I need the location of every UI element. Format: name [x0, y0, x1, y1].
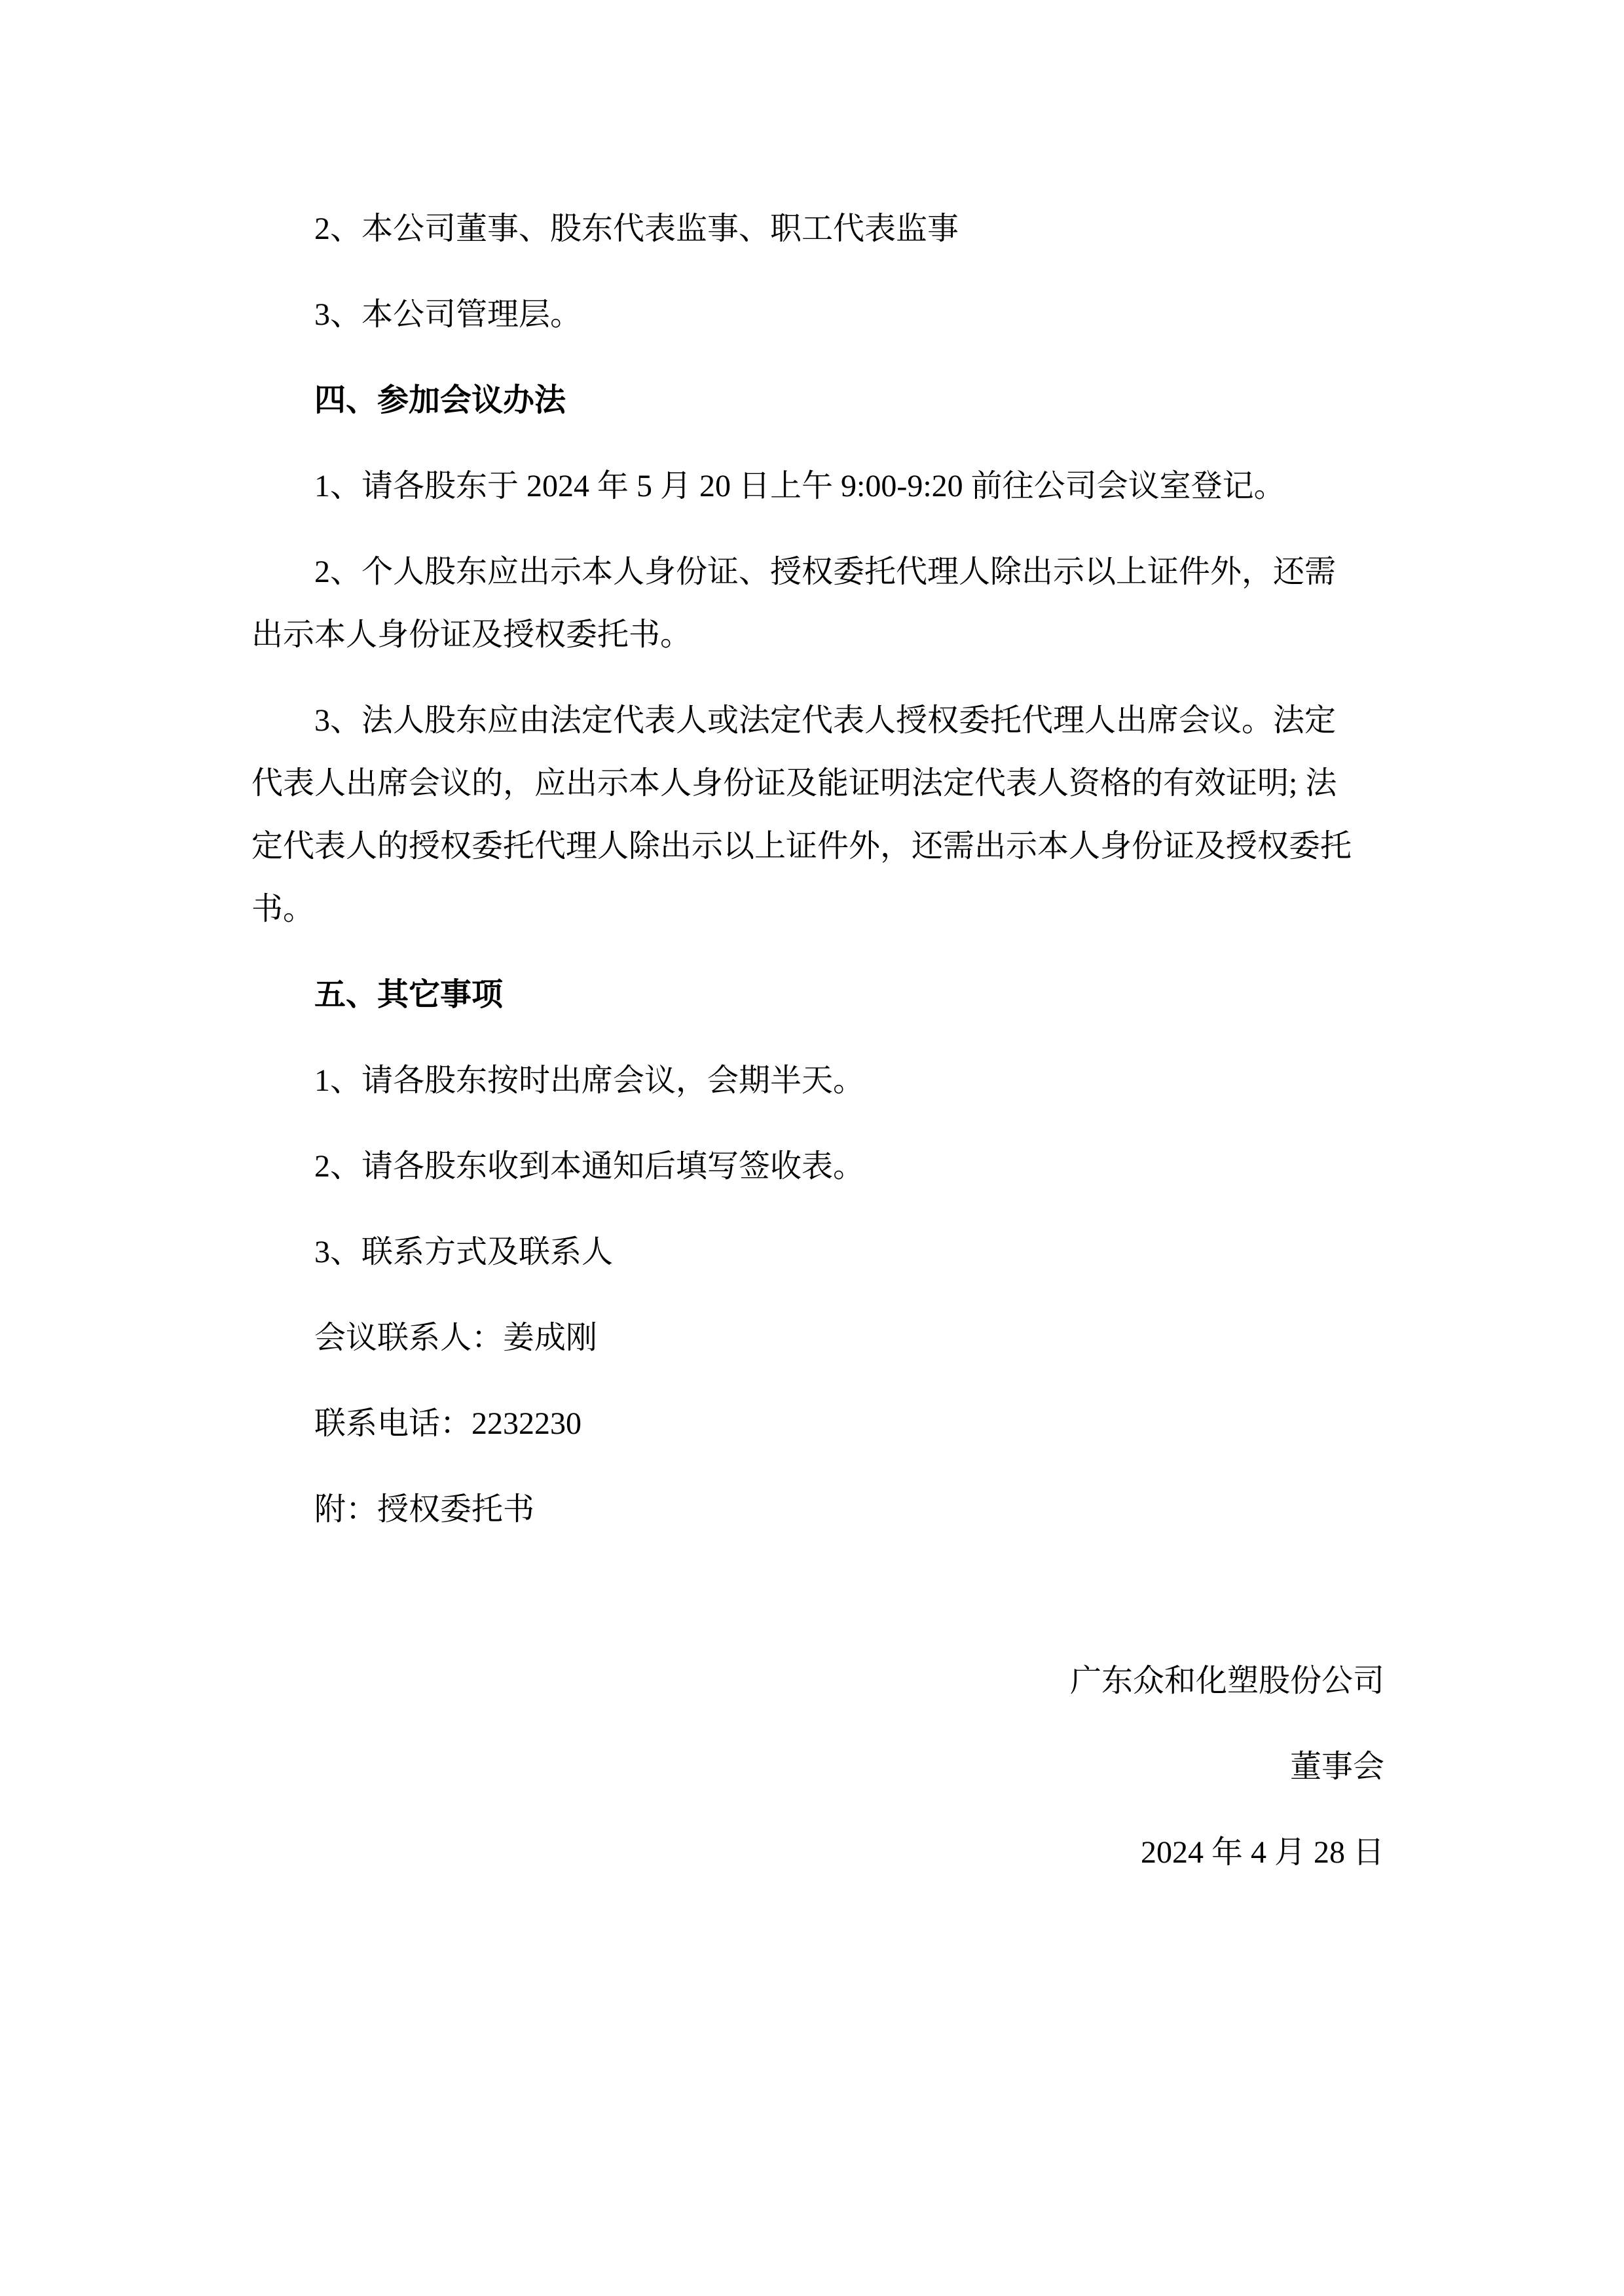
item-corporate-shareholder-line-1: 3、法人股东应由法定代表人或法定代表人授权委托代理人出席会议。法定	[251, 689, 1373, 752]
item-corporate-shareholder-line-4: 书。	[251, 878, 1373, 941]
item-individual-shareholder-line-1: 2、个人股东应出示本人身份证、授权委托代理人除出示以上证件外，还需	[251, 541, 1373, 604]
contact-person: 会议联系人：姜成刚	[251, 1307, 1373, 1370]
document-page: 2、本公司董事、股东代表监事、职工代表监事 3、本公司管理层。 四、参加会议办法…	[0, 0, 1624, 2296]
item-registration-time: 1、请各股东于 2024 年 5 月 20 日上午 9:00-9:20 前往公司…	[251, 455, 1373, 518]
contact-phone: 联系电话：2232230	[251, 1393, 1373, 1455]
signature-company-name: 广东众和化塑股份公司	[251, 1650, 1384, 1713]
section-heading-5: 五、其它事项	[251, 964, 1373, 1027]
list-item-company-directors: 2、本公司董事、股东代表监事、职工代表监事	[251, 198, 1373, 261]
item-corporate-shareholder-line-2: 代表人出席会议的，应出示本人身份证及能证明法定代表人资格的有效证明; 法	[251, 752, 1373, 815]
signature-date: 2024 年 4 月 28 日	[251, 1821, 1384, 1884]
item-individual-shareholder-line-2: 出示本人身份证及授权委托书。	[251, 604, 1373, 666]
list-item-management: 3、本公司管理层。	[251, 283, 1373, 346]
signature-board: 董事会	[251, 1736, 1384, 1798]
item-corporate-shareholder-line-3: 定代表人的授权委托代理人除出示以上证件外，还需出示本人身份证及授权委托	[251, 815, 1373, 878]
item-attend-on-time: 1、请各股东按时出席会议，会期半天。	[251, 1049, 1373, 1112]
item-contact-info-heading: 3、联系方式及联系人	[251, 1221, 1373, 1284]
item-sign-receipt: 2、请各股东收到本通知后填写签收表。	[251, 1135, 1373, 1198]
section-heading-4: 四、参加会议办法	[251, 369, 1373, 432]
attachment-note: 附：授权委托书	[251, 1478, 1373, 1541]
